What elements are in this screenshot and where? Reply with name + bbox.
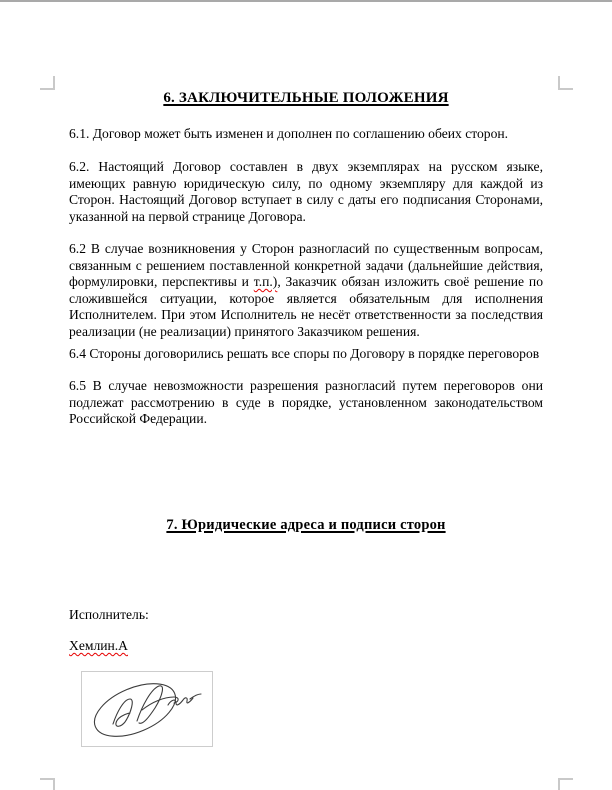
section-6-heading: 6. ЗАКЛЮЧИТЕЛЬНЫЕ ПОЛОЖЕНИЯ (69, 90, 543, 107)
clause-6-2: 6.2. Настоящий Договор составлен в двух … (69, 159, 543, 225)
text-boundary-mark-top-left (40, 76, 55, 90)
section-6-heading-text: 6. ЗАКЛЮЧИТЕЛЬНЫЕ ПОЛОЖЕНИЯ (163, 90, 448, 106)
page-top-edge (0, 0, 612, 2)
text-boundary-mark-bottom-left (40, 778, 55, 790)
section-7-heading: 7. Юридические адреса и подписи сторон (69, 517, 543, 534)
text-boundary-mark-top-right (558, 76, 573, 90)
clause-6-2b-spellcheck-flagged: т.п.) (254, 274, 278, 289)
text-boundary-mark-bottom-right (558, 778, 573, 790)
executor-name: Хемлин.А (69, 638, 139, 655)
clause-6-1: 6.1. Договор может быть изменен и дополн… (69, 126, 543, 143)
signature-image (81, 671, 213, 747)
document-page: 6. ЗАКЛЮЧИТЕЛЬНЫЕ ПОЛОЖЕНИЯ 6.1. Договор… (0, 0, 612, 790)
section-7-heading-text: 7. Юридические адреса и подписи сторон (166, 517, 445, 533)
handwritten-signature-icon (82, 672, 210, 744)
clause-6-5: 6.5 В случае невозможности разрешения ра… (69, 378, 543, 428)
clause-6-4: 6.4 Стороны договорились решать все спор… (69, 346, 543, 363)
clause-6-2b: 6.2 В случае возникновения у Сторон разн… (69, 241, 543, 340)
executor-label: Исполнитель: (69, 607, 543, 624)
